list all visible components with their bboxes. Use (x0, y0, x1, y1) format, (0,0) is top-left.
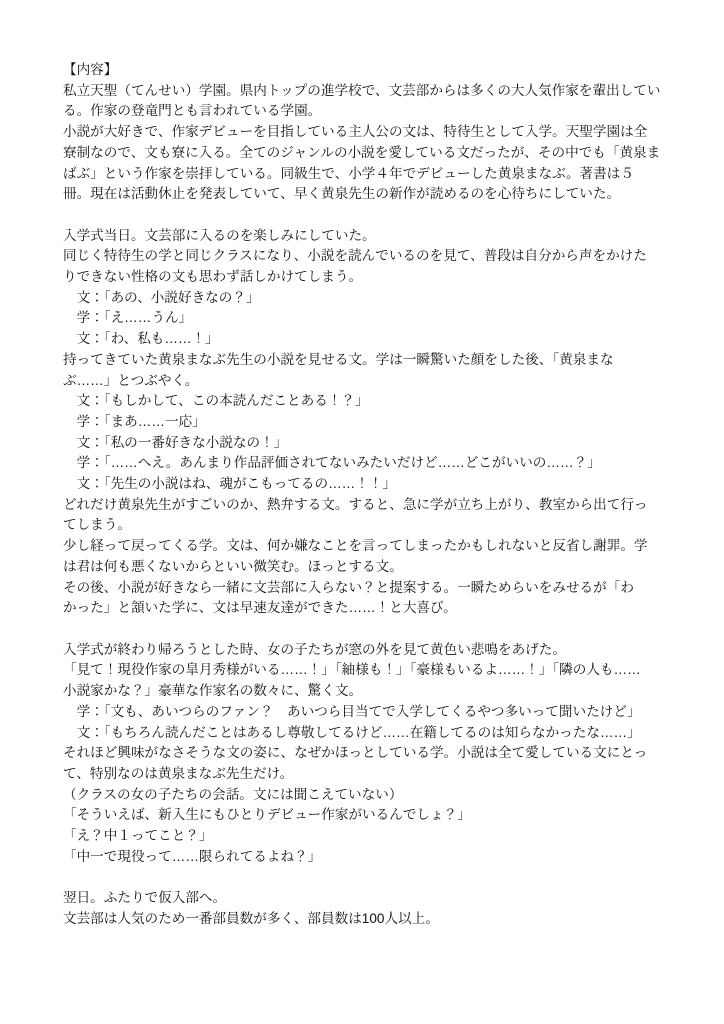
text-line: 学：「まあ……一応」 (63, 412, 671, 433)
section-heading: 【内容】 (63, 60, 671, 81)
text-line: 文：「もちろん読んだことはあるし尊敬してるけど……在籍してるのは知らなかったな…… (63, 723, 671, 744)
text-line: 文：「先生の小説はね、魂がこもってるの……！！」 (63, 474, 671, 495)
text-line: 学：「……へえ。あんまり作品評価されてないみたいだけど……どこがいいの……？」 (63, 453, 671, 474)
text-line: 同じく特待生の学と同じクラスになり、小説を読んでいるのを見て、普段は自分から声を… (63, 246, 671, 267)
text-line: 入学式が終わり帰ろうとした時、女の子たちが窓の外を見て黄色い悲鳴をあげた。 (63, 640, 671, 661)
text-line: 「見て！現役作家の皐月秀様がいる……！」「紬様も！」「豪様もいるよ……！」「隣の… (63, 660, 671, 681)
blank-line (63, 619, 671, 640)
text-line: 小説が大好きで、作家デビューを目指している主人公の文は、特待生として入学。天聖学… (63, 122, 671, 143)
text-line: 小説家かな？」豪華な作家名の数々に、驚く文。 (63, 681, 671, 702)
blank-line (63, 867, 671, 888)
text-line: 「え？中１ってこと？」 (63, 826, 671, 847)
text-line: （クラスの女の子たちの会話。文には聞こえていない） (63, 785, 671, 806)
text-line: 学：「え……うん」 (63, 308, 671, 329)
text-line: 文：「私の一番好きな小説なの！」 (63, 433, 671, 454)
text-line: 冊。現在は活動休止を発表していて、早く黄泉先生の新作が読めるのを心待ちにしていた… (63, 184, 671, 205)
text-line: 文：「もしかして、この本読んだことある！？」 (63, 391, 671, 412)
blank-line (63, 205, 671, 226)
text-line: 寮制なので、文も寮に入る。全てのジャンルの小説を愛している文だったが、その中でも… (63, 143, 671, 164)
text-line: 入学式当日。文芸部に入るのを楽しみにしていた。 (63, 226, 671, 247)
text-line: 「そういえば、新入生にもひとりデビュー作家がいるんでしょ？」 (63, 805, 671, 826)
text-line: どれだけ黄泉先生がすごいのか、熱弁する文。すると、急に学が立ち上がり、教室から出… (63, 495, 671, 516)
text-line: 少し経って戻ってくる学。文は、何か嫌なことを言ってしまったかもしれないと反省し謝… (63, 536, 671, 557)
text-line: 文：「わ、私も……！」 (63, 329, 671, 350)
text-line: は君は何も悪くないからといい微笑む。ほっとする文。 (63, 557, 671, 578)
text-line: 文芸部は人気のため一番部員数が多く、部員数は100人以上。 (63, 909, 671, 930)
text-line: 翌日。ふたりで仮入部へ。 (63, 888, 671, 909)
text-line: 持ってきていた黄泉まなぶ先生の小説を見せる文。学は一瞬驚いた顔をした後、「黄泉ま… (63, 350, 671, 371)
text-line: 学：「文も、あいつらのファン？ あいつら目当てで入学してくるやつ多いって聞いたけ… (63, 702, 671, 723)
text-line: 私立天聖（てんせい）学園。県内トップの進学校で、文芸部からは多くの大人気作家を輩… (63, 81, 671, 102)
text-line: その後、小説が好きなら一緒に文芸部に入らない？と提案する。一瞬ためらいをみせるが… (63, 578, 671, 599)
text-line: て、特別なのは黄泉まなぶ先生だけ。 (63, 764, 671, 785)
text-line: ぶ……」とつぶやく。 (63, 371, 671, 392)
document-body: 私立天聖（てんせい）学園。県内トップの進学校で、文芸部からは多くの大人気作家を輩… (63, 81, 671, 930)
text-line: かった」と頷いた学に、文は早速友達ができた……！と大喜び。 (63, 598, 671, 619)
text-line: それほど興味がなさそうな文の姿に、なぜかほっとしている学。小説は全て愛している文… (63, 743, 671, 764)
text-line: 「中一で現役って……限られてるよね？」 (63, 847, 671, 868)
text-line: ばぶ」という作家を崇拝している。同級生で、小学４年でデビューした黄泉まなぶ。著書… (63, 164, 671, 185)
text-line: る。作家の登竜門とも言われている学園。 (63, 101, 671, 122)
document-page: 【内容】 私立天聖（てんせい）学園。県内トップの進学校で、文芸部からは多くの大人… (0, 0, 724, 1024)
text-line: てしまう。 (63, 515, 671, 536)
text-line: 文：「あの、小説好きなの？」 (63, 288, 671, 309)
text-line: りできない性格の文も思わず話しかけてしまう。 (63, 267, 671, 288)
document-content: 【内容】 私立天聖（てんせい）学園。県内トップの進学校で、文芸部からは多くの大人… (63, 60, 671, 930)
